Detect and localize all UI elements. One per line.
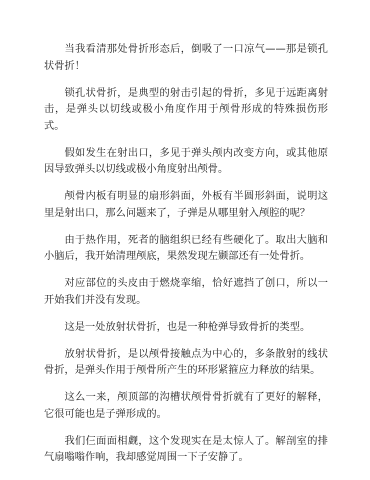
paragraph: 放射状骨折，是以颅骨接触点为中心的，多条散射的线状骨折，是弹头作用于颅骨所产生的… xyxy=(44,347,328,380)
paragraph: 假如发生在射出口，多见于弹头颅内改变方向，或其他原因导致弹头以切线或极小角度射出… xyxy=(44,146,328,179)
paragraph: 当我看清那处骨折形态后，倒吸了一口凉气——那是锁孔状骨折！ xyxy=(44,42,328,75)
paragraph: 由于热作用，死者的脑组织已经有些硬化了。取出大脑和小脑后，我开始清理颅底，果然发… xyxy=(44,233,328,266)
paragraph: 颅骨内板有明显的扇形斜面，外板有半圆形斜面，说明这里是射出口，那么问题来了，子弹… xyxy=(44,189,328,222)
paragraph: 锁孔状骨折，是典型的射击引起的骨折，多见于远距离射击，是弹头以切线或极小角度作用… xyxy=(44,86,328,136)
paragraph: 我们仨面面相觑，这个发现实在是太惊人了。解剖室的排气扇嗡嗡作响，我却感觉周围一下… xyxy=(44,434,328,467)
paragraph: 这么一来，颅顶部的沟槽状颅骨骨折就有了更好的解释，它很可能也是子弹形成的。 xyxy=(44,390,328,423)
document-page: 当我看清那处骨折形态后，倒吸了一口凉气——那是锁孔状骨折！ 锁孔状骨折，是典型的… xyxy=(44,42,328,477)
paragraph: 对应部位的头皮由于燃烧挛缩，恰好遮挡了创口，所以一开始我们并没有发现。 xyxy=(44,276,328,309)
paragraph: 这是一处放射状骨折，也是一种枪弹导致骨折的类型。 xyxy=(44,320,328,337)
